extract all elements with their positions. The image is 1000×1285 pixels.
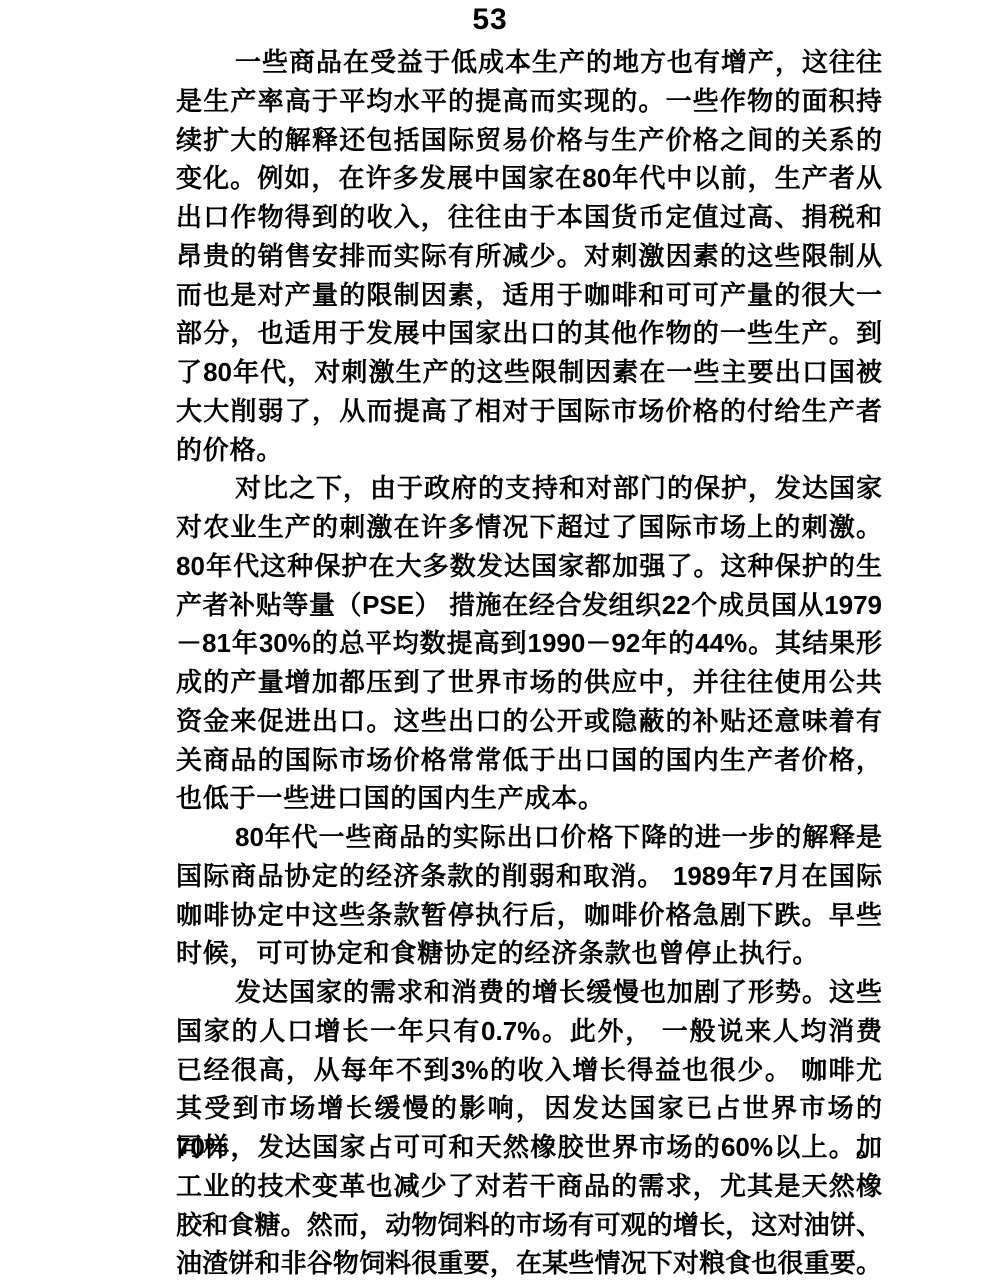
paragraph-2: 对比之下，由于政府的支持和对部门的保护，发达国家 对农业生产的刺激在许多情况下超… — [176, 469, 882, 818]
text-line: 出口作物得到的收入，往往由于本国货币定值过高、捐税和 — [176, 198, 882, 237]
paragraph-3: 80年代一些商品的实际出口价格下降的进一步的解释是 国际商品协定的经济条款的削弱… — [176, 818, 882, 973]
text-line: 部分，也适用于发展中国家出口的其他作物的一些生产。到 — [176, 314, 882, 353]
text-line: 80年代这种保护在大多数发达国家都加强了。这种保护的生 — [176, 547, 882, 586]
document-body: 一些商品在受益于低成本生产的地方也有增产，这往往 是生产率高于平均水平的提高而实… — [176, 43, 882, 1283]
text-line: 产者补贴等量（PSE） 措施在经合发组织22个成员国从1979 — [176, 586, 882, 625]
text-line: 国际商品协定的经济条款的削弱和取消。 1989年7月在国际 — [176, 857, 882, 896]
paragraph-1: 一些商品在受益于低成本生产的地方也有增产，这往往 是生产率高于平均水平的提高而实… — [176, 43, 882, 469]
text-line: 了80年代，对刺激生产的这些限制因素在一些主要出口国被 — [176, 353, 882, 392]
text-line: 续扩大的解释还包括国际贸易价格与生产价格之间的关系的 — [176, 121, 882, 160]
text-line: 同样，发达国家占可可和天然橡胶世界市场的60%以上。加 — [176, 1128, 882, 1167]
text-line: 已经很高，从每年不到3%的收入增长得益也很少。 咖啡尤 — [176, 1051, 882, 1090]
text-line: 对农业生产的刺激在许多情况下超过了国际市场上的刺激。 — [176, 508, 882, 547]
text-line: 胶和食糖。然而，动物饲料的市场有可观的增长，这对油饼、 — [176, 1206, 882, 1245]
text-line: 时候，可可协定和食糖协定的经济条款也曾停止执行。 — [176, 934, 882, 973]
paragraph-4: 发达国家的需求和消费的增长缓慢也加剧了形势。这些 国家的人口增长一年只有0.7%… — [176, 973, 882, 1283]
text-line: 大大削弱了，从而提高了相对于国际市场价格的付给生产者 — [176, 392, 882, 431]
scanned-page: 53 一些商品在受益于低成本生产的地方也有增产，这往往 是生产率高于平均水平的提… — [0, 0, 1000, 1285]
text-line: －81年30%的总平均数提高到1990－92年的44%。其结果形 — [176, 624, 882, 663]
text-line: 而也是对产量的限制因素，适用于咖啡和可可产量的很大一 — [176, 276, 882, 315]
text-line: 油渣饼和非谷物饲料很重要，在某些情况下对粮食也很重要。 — [176, 1244, 882, 1283]
text-line: 一些商品在受益于低成本生产的地方也有增产，这往往 — [176, 43, 882, 82]
text-line: 其受到市场增长缓慢的影响，因发达国家已占世界市场的70%。 — [176, 1089, 882, 1128]
text-line: 80年代一些商品的实际出口价格下降的进一步的解释是 — [176, 818, 882, 857]
text-line: 变化。例如，在许多发展中国家在80年代中以前，生产者从 — [176, 159, 882, 198]
page-number: 53 — [0, 0, 980, 40]
text-line: 也低于一些进口国的国内生产成本。 — [176, 779, 882, 818]
text-line: 的价格。 — [176, 431, 882, 470]
text-line: 资金来促进出口。这些出口的公开或隐蔽的补贴还意味着有 — [176, 702, 882, 741]
text-line: 关商品的国际市场价格常常低于出口国的国内生产者价格， — [176, 741, 882, 780]
text-line: 咖啡协定中这些条款暂停执行后，咖啡价格急剧下跌。早些 — [176, 896, 882, 935]
text-line: 昂贵的销售安排而实际有所减少。对刺激因素的这些限制从 — [176, 237, 882, 276]
text-line: 对比之下，由于政府的支持和对部门的保护，发达国家 — [176, 469, 882, 508]
text-line: 发达国家的需求和消费的增长缓慢也加剧了形势。这些 — [176, 973, 882, 1012]
text-line: 是生产率高于平均水平的提高而实现的。一些作物的面积持 — [176, 82, 882, 121]
text-line: 工业的技术变革也减少了对若干商品的需求，尤其是天然橡 — [176, 1167, 882, 1206]
text-line: 成的产量增加都压到了世界市场的供应中，并往往使用公共 — [176, 663, 882, 702]
text-line: 国家的人口增长一年只有0.7%。此外， 一般说来人均消费 — [176, 1012, 882, 1051]
